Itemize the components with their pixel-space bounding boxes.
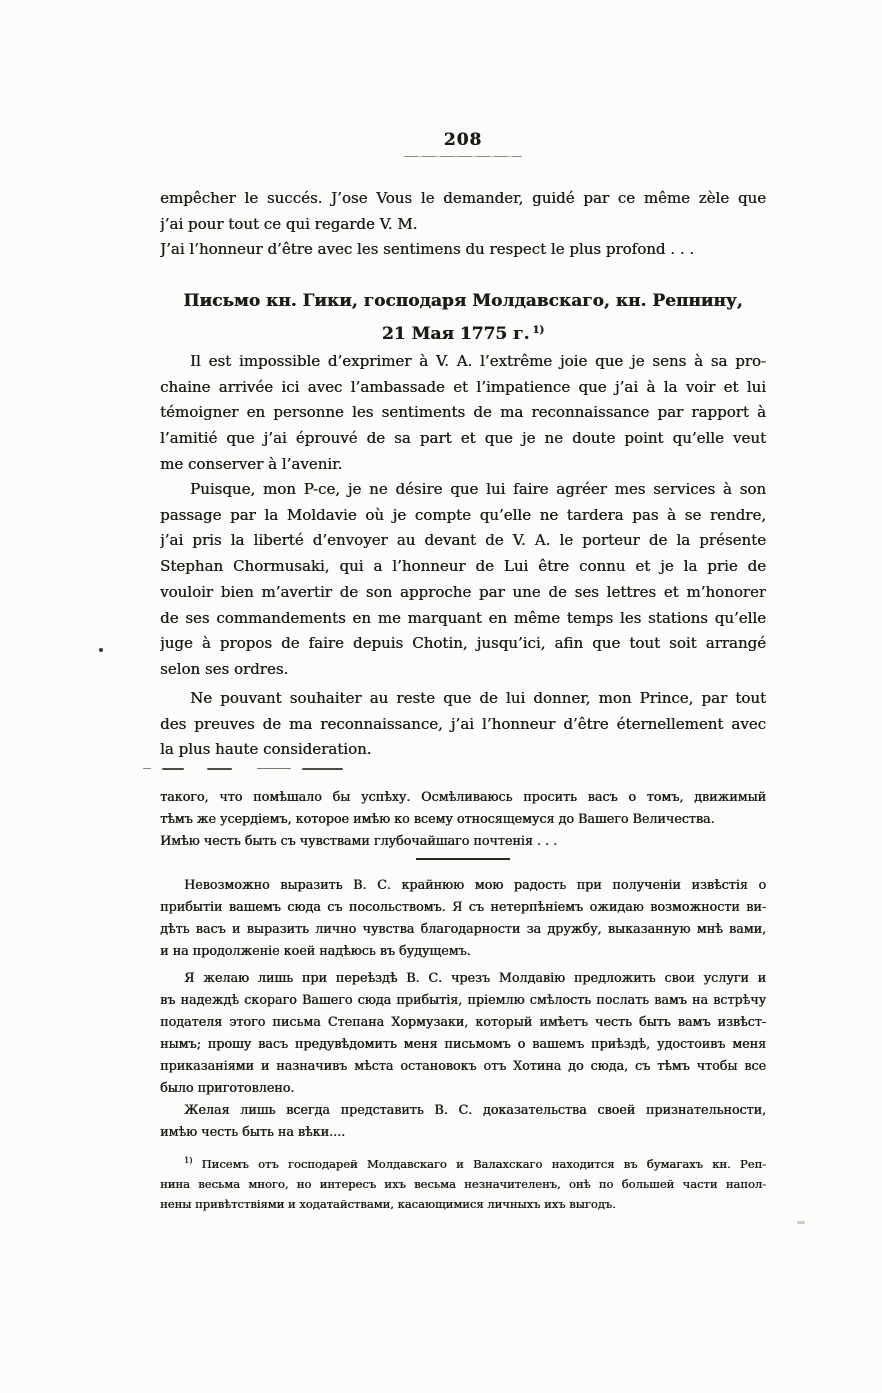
scan-speck	[99, 648, 103, 652]
paragraph: empêcher le succés. J’ose Vous le demand…	[160, 186, 766, 237]
text-line: приказаніями и назначивъ мѣста остановок…	[160, 1055, 766, 1077]
russian-translation-paragraph-3: Желая лишь всегда представить В. С. дока…	[160, 1099, 766, 1143]
book-page: 208 empêcher le succés. J’ose Vous le de…	[0, 0, 882, 1393]
footnote-line: нены привѣтствіями и ходатайствами, каса…	[160, 1194, 766, 1214]
text-line: Имѣю честь быть съ чувствами глубочайшаг…	[160, 830, 766, 852]
section-divider	[160, 858, 766, 860]
footnote-separator-dashes	[143, 767, 343, 770]
footnote-text: Писемъ отъ господарей Молдавскаго и Вала…	[202, 1157, 767, 1171]
text-line: прибытіи вашемъ сюда съ посольствомъ. Я …	[160, 896, 766, 918]
page-number: 208	[160, 130, 766, 150]
paragraph: Имѣю честь быть съ чувствами глубочайшаг…	[160, 830, 766, 852]
footnote-marker: 1)	[184, 1156, 192, 1165]
text-line: имѣю честь быть на вѣки....	[160, 1121, 766, 1143]
text-line: vouloir bien m’avertir de son approche p…	[160, 580, 766, 606]
text-line: témoigner en personne les sentiments de …	[160, 400, 766, 426]
text-line: и на продолженіе коей надѣюсь въ будущем…	[160, 940, 766, 962]
heading-date: 21 Мая 1775 г.	[382, 324, 529, 344]
text-line: подателя этого письма Степана Хормузаки,…	[160, 1011, 766, 1033]
heading-line-2: 21 Мая 1775 г.1)	[160, 316, 766, 349]
text-line: Невозможно выразить В. С. крайнюю мою ра…	[160, 874, 766, 896]
text-line: Puisque, mon P-ce, je ne désire que lui …	[160, 477, 766, 503]
russian-translation-paragraph-1: Невозможно выразить В. С. крайнюю мою ра…	[160, 874, 766, 962]
text-line: chaine arrivée ici avec l’ambassade et l…	[160, 375, 766, 401]
paragraph: такого, что помѣшало бы успѣху. Осмѣлива…	[160, 786, 766, 830]
heading-line-1: Письмо кн. Гики, господаря Молдавскаго, …	[160, 286, 766, 316]
text-line: J’ai l’honneur d’être avec les sentimens…	[160, 237, 766, 263]
text-line: Il est impossible d’exprimer à V. A. l’e…	[160, 349, 766, 375]
page-number-underline	[404, 156, 522, 157]
text-line: дѣть васъ и выразить лично чувства благо…	[160, 918, 766, 940]
text-line: Желая лишь всегда представить В. С. дока…	[160, 1099, 766, 1121]
letter-heading: Письмо кн. Гики, господаря Молдавскаго, …	[160, 286, 766, 349]
text-line: l’amitié que j’ai éprouvé de sa part et …	[160, 426, 766, 452]
text-line: такого, что помѣшало бы успѣху. Осмѣлива…	[160, 786, 766, 808]
russian-translation-paragraph-2: Я желаю лишь при переѣздѣ В. С. чрезъ Мо…	[160, 967, 766, 1099]
text-line: passage par la Moldavie où je compte qu’…	[160, 503, 766, 529]
text-line: тѣмъ же усердіемъ, которое имѣю ко всему…	[160, 808, 766, 830]
text-line: j’ai pris la liberté d’envoyer au devant…	[160, 528, 766, 554]
scan-speck	[797, 1221, 805, 1224]
footnote: 1) Писемъ отъ господарей Молдавскаго и В…	[160, 1151, 766, 1214]
paragraph: J’ai l’honneur d’être avec les sentimens…	[160, 237, 766, 263]
page-number-block: 208	[160, 130, 766, 157]
text-line: было приготовлено.	[160, 1077, 766, 1099]
letter-paragraph-2: Puisque, mon P-ce, je ne désire que lui …	[160, 477, 766, 683]
text-line: la plus haute consideration.	[160, 737, 766, 763]
text-line: me conserver à l’avenir.	[160, 452, 766, 478]
footnote-reference: 1)	[532, 325, 544, 336]
text-line: des preuves de ma reconnaissance, j’ai l…	[160, 712, 766, 738]
french-letter-continuation: empêcher le succés. J’ose Vous le demand…	[160, 186, 766, 263]
footnote-line: нина весьма много, но интересъ ихъ весьм…	[160, 1174, 766, 1194]
letter-paragraph-3: Ne pouvant souhaiter au reste que de lui…	[160, 686, 766, 763]
text-line: empêcher le succés. J’ose Vous le demand…	[160, 186, 766, 212]
text-line: Я желаю лишь при переѣздѣ В. С. чрезъ Мо…	[160, 967, 766, 989]
text-line: j’ai pour tout ce qui regarde V. M.	[160, 212, 766, 238]
text-line: нымъ; прошу васъ предувѣдомить меня пись…	[160, 1033, 766, 1055]
text-line: de ses commandements en me marquant en m…	[160, 606, 766, 632]
russian-translation-continuation: такого, что помѣшало бы успѣху. Осмѣлива…	[160, 786, 766, 852]
letter-paragraph-1: Il est impossible d’exprimer à V. A. l’e…	[160, 349, 766, 478]
text-line: въ надеждѣ скораго Вашего сюда прибытія,…	[160, 989, 766, 1011]
text-line: Stephan Chormusaki, qui a l’honneur de L…	[160, 554, 766, 580]
text-line: selon ses ordres.	[160, 657, 766, 683]
text-line: Ne pouvant souhaiter au reste que de lui…	[160, 686, 766, 712]
text-line: juge à propos de faire depuis Chotin, ju…	[160, 631, 766, 657]
footnote-line: 1) Писемъ отъ господарей Молдавскаго и В…	[160, 1151, 766, 1174]
